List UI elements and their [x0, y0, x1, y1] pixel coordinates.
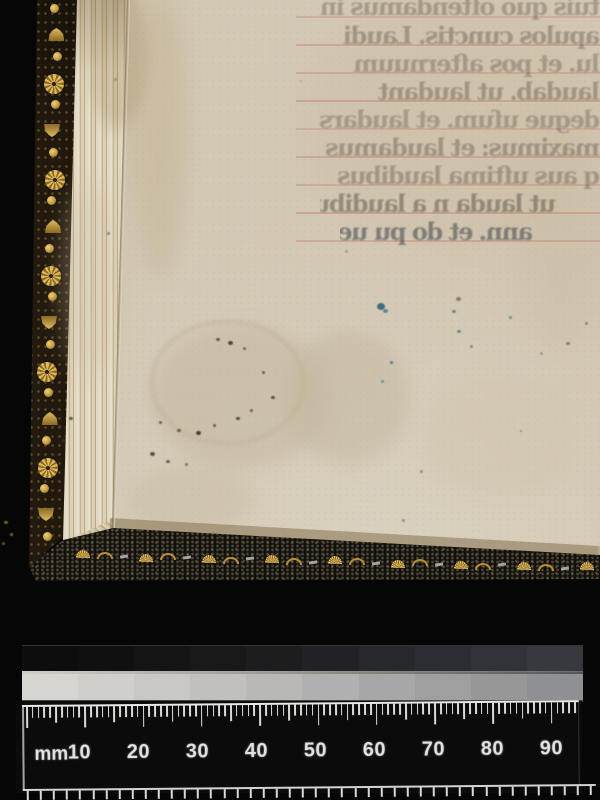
ruler-mm-tick: [539, 702, 541, 713]
ruler-mm-tick: [545, 702, 547, 713]
ruler-mm-tick: [510, 703, 512, 714]
ruler-mm-tick: [113, 706, 115, 722]
ruler-mm-tick: [492, 703, 494, 724]
ruler-mm-tick: [67, 707, 69, 718]
ruler-bottom-tick: [263, 789, 265, 798]
ruler-mm-tick: [283, 705, 285, 716]
ruler-bottom-tick: [53, 791, 55, 800]
ruler-bottom-tick: [105, 790, 107, 799]
ruler-mm-tick: [201, 705, 203, 726]
ruler-mm-tick: [557, 702, 559, 713]
ruler-mm-tick: [230, 705, 232, 721]
ruler-mm-tick: [38, 707, 40, 718]
ruler-number: 40: [236, 740, 276, 763]
ruler-mm-tick: [574, 702, 576, 713]
ruler-bottom-tick: [158, 790, 160, 799]
ruler-mm-tick: [178, 706, 180, 717]
ruler-mm-tick: [61, 707, 63, 718]
ruler-mm-tick: [347, 704, 349, 720]
ruler-mm-tick: [265, 705, 267, 716]
ruler-mm-tick: [224, 705, 226, 716]
ruler-bottom-tick: [315, 788, 317, 797]
ruler-mm-tick: [370, 704, 372, 715]
ruler-mm-tick: [527, 703, 529, 714]
ruler-bottom-tick: [525, 787, 527, 796]
ruler-mm-tick: [148, 706, 150, 717]
ruler-mm-tick: [108, 706, 110, 717]
ruler-bottom-tick: [433, 787, 435, 796]
ruler-mm-tick: [26, 707, 28, 728]
ruler-mm-tick: [387, 704, 389, 715]
ruler-mm-tick: [137, 706, 139, 717]
ruler-mm-tick: [248, 705, 250, 716]
ruler-mm-tick: [382, 704, 384, 715]
ruler-mm-tick: [562, 702, 564, 713]
ruler-number: 20: [118, 741, 158, 764]
ruler-mm-tick: [422, 703, 424, 714]
ruler-mm-tick: [393, 704, 395, 715]
ruler-mm-tick: [125, 706, 127, 717]
ruler-mm-tick: [399, 704, 401, 715]
ruler-mm-tick: [119, 706, 121, 717]
ruler-mm-tick: [242, 705, 244, 716]
ruler-number: 70: [413, 738, 453, 761]
ruler-mm-tick: [189, 706, 191, 717]
ruler-number: 80: [472, 738, 512, 761]
ruler-mm-tick: [49, 707, 51, 718]
ruler-mm-tick: [271, 705, 273, 716]
ruler-number: 10: [59, 741, 99, 764]
ruler-mm-tick: [300, 705, 302, 716]
ruler-mm-tick: [341, 704, 343, 715]
ruler-bottom-tick: [289, 789, 291, 798]
ruler-bottom-tick: [223, 789, 225, 798]
ruler-left-edge: [22, 705, 24, 790]
ruler-mm-tick: [463, 703, 465, 719]
ruler-bottom-tick: [551, 786, 553, 795]
ruler-bottom-tick: [538, 786, 540, 795]
ruler-bottom-tick: [407, 788, 409, 797]
ruler-mm-tick: [469, 703, 471, 714]
ruler-mm-tick: [172, 706, 174, 722]
ruler-mm-tick: [481, 703, 483, 714]
ruler-mm-tick: [218, 705, 220, 716]
ruler-bottom-tick: [394, 788, 396, 797]
ruler-mm-tick: [78, 706, 80, 717]
ruler-mm-tick: [143, 706, 145, 727]
ruler-mm-tick: [568, 702, 570, 713]
ruler-mm-tick: [306, 705, 308, 716]
ruler-bottom-tick: [184, 790, 186, 799]
ruler-number: 60: [354, 739, 394, 762]
ruler-mm-tick: [551, 702, 553, 723]
ruler-bottom-tick: [498, 787, 500, 796]
ruler-bottom-tick: [210, 789, 212, 798]
ruler-mm-tick: [533, 703, 535, 714]
ruler-mm-tick: [259, 705, 261, 726]
ruler-mm-tick: [195, 705, 197, 716]
ruler-mm-tick: [335, 704, 337, 715]
ruler-bottom-tick: [197, 789, 199, 798]
ruler-mm-tick: [317, 704, 319, 725]
ruler-mm-tick: [90, 706, 92, 717]
ruler-mm-tick: [166, 706, 168, 717]
ruler-mm-tick: [376, 704, 378, 725]
ruler-mm-tick: [405, 704, 407, 720]
ruler-mm-tick: [329, 704, 331, 715]
ruler-bottom-tick: [27, 791, 29, 800]
ruler-bottom-tick: [328, 788, 330, 797]
ruler-mm-tick: [522, 703, 524, 719]
ruler-print: mm 102030405060708090: [0, 0, 600, 800]
ruler-mm-tick: [457, 703, 459, 714]
ruler-mm-tick: [277, 705, 279, 716]
ruler-mm-tick: [475, 703, 477, 714]
ruler-mm-tick: [452, 703, 454, 714]
ruler-bottom-tick: [276, 789, 278, 798]
ruler-bottom-tick: [302, 789, 304, 798]
ruler-mm-tick: [131, 706, 133, 717]
ruler-number: 30: [177, 740, 217, 763]
photo-stage: tuis quo oſtendamus inapulos cunctis. La…: [0, 0, 600, 800]
ruler-mm-tick: [160, 706, 162, 717]
ruler-bottom-tick: [66, 791, 68, 800]
ruler-mm-tick: [213, 705, 215, 716]
ruler-bottom-tick: [249, 789, 251, 798]
ruler-mm-tick: [183, 706, 185, 717]
ruler-mm-tick: [352, 704, 354, 715]
ruler-mm-tick: [446, 703, 448, 714]
ruler-bottom-tick: [420, 788, 422, 797]
photographic-scale-bar: mm 102030405060708090: [0, 0, 600, 800]
ruler-mm-tick: [32, 707, 34, 718]
ruler-mm-tick: [102, 706, 104, 717]
ruler-mm-tick: [504, 703, 506, 714]
ruler-bottom-tick: [577, 786, 579, 795]
ruler-bottom-tick: [485, 787, 487, 796]
ruler-bottom-tick: [132, 790, 134, 799]
ruler-mm-tick: [253, 705, 255, 716]
ruler-mm-tick: [154, 706, 156, 717]
ruler-bottom-tick: [472, 787, 474, 796]
ruler-mm-tick: [358, 704, 360, 715]
ruler-mm-tick: [411, 704, 413, 715]
ruler-bottom-tick: [367, 788, 369, 797]
ruler-mm-tick: [73, 707, 75, 718]
ruler-bottom-tick: [145, 790, 147, 799]
ruler-mm-tick: [364, 704, 366, 715]
ruler-mm-tick: [428, 703, 430, 714]
ruler-right-edge: [578, 697, 580, 785]
ruler-bottom-tick: [92, 790, 94, 799]
ruler-bottom-tick: [118, 790, 120, 799]
ruler-bottom-tick: [171, 790, 173, 799]
ruler-mm-tick: [55, 707, 57, 723]
ruler-mm-tick: [498, 703, 500, 714]
ruler-mm-tick: [417, 704, 419, 715]
ruler-mm-tick: [323, 704, 325, 715]
ruler-bottom-tick: [40, 791, 42, 800]
ruler-bottom-tick: [564, 786, 566, 795]
ruler-bottom-tick: [354, 788, 356, 797]
ruler-mm-tick: [207, 705, 209, 716]
ruler-mm-tick: [96, 706, 98, 717]
ruler-mm-tick: [487, 703, 489, 714]
ruler-mm-tick: [434, 703, 436, 724]
ruler-mm-tick: [236, 705, 238, 716]
ruler-bottom-tick: [590, 786, 592, 795]
ruler-bottom-tick: [341, 788, 343, 797]
ruler-bottom-tick: [511, 787, 513, 796]
ruler-number: 90: [531, 737, 571, 760]
ruler-mm-tick: [294, 705, 296, 716]
ruler-bottom-tick: [446, 787, 448, 796]
ruler-mm-tick: [84, 706, 86, 727]
ruler-mm-tick: [312, 704, 314, 715]
ruler-number: 50: [295, 739, 335, 762]
ruler-bottom-tick: [236, 789, 238, 798]
ruler-mm-tick: [288, 705, 290, 721]
ruler-mm-tick: [516, 703, 518, 714]
ruler-bottom-line: [23, 784, 596, 791]
ruler-bottom-tick: [79, 790, 81, 799]
ruler-mm-tick: [440, 703, 442, 714]
ruler-bottom-tick: [380, 788, 382, 797]
ruler-mm-tick: [43, 707, 45, 718]
ruler-bottom-tick: [459, 787, 461, 796]
